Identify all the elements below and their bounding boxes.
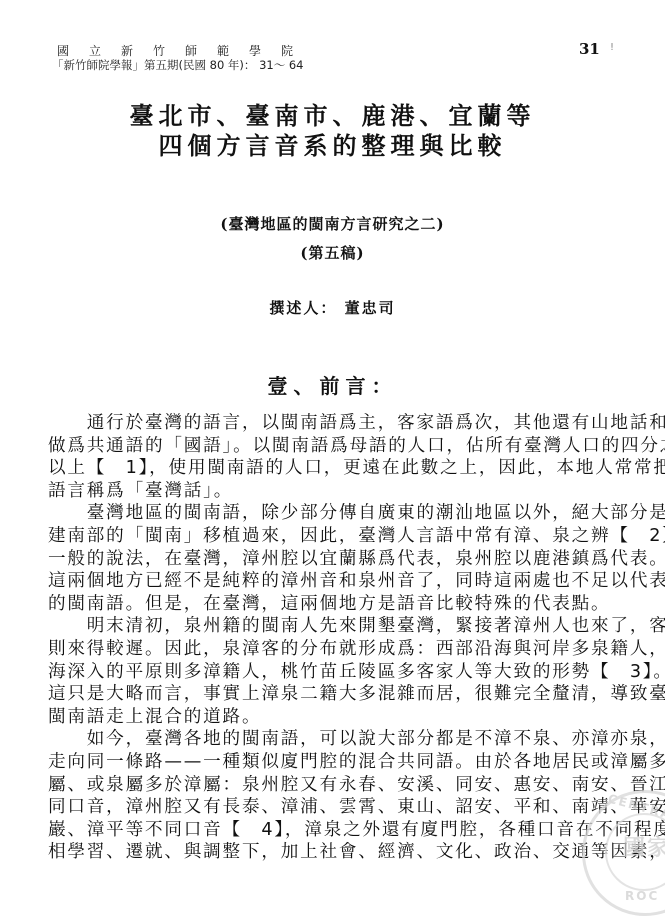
body-line: 通行於臺灣的語言，以閩南語爲主，客家語爲次，其他還有山地話和目前 xyxy=(48,412,608,435)
body-line: 以上【 1】，使用閩南語的人口，更遠在此數之上，因此，本地人常常把這種 xyxy=(48,457,608,480)
body-line: 一般的說法，在臺灣，漳州腔以宜蘭縣爲代表，泉州腔以鹿港鎮爲代表。但是 xyxy=(48,548,608,571)
body-line: 這只是大略而言，事實上漳泉二籍大多混雜而居，很難完全釐清，導致臺灣的 xyxy=(48,683,608,706)
body-line: 建南部的「閩南」移植過來，因此，臺灣人言語中常有漳、泉之辨【 2】。依 xyxy=(48,525,608,548)
stamp-bottom-text: ROC xyxy=(625,889,659,903)
section-heading: 壹、前言： xyxy=(0,370,665,399)
body-line: 語言稱爲「臺灣話」。 xyxy=(48,480,608,503)
body-line: 相學習、遷就、與調整下，加上社會、經濟、文化、政治、交通等因素，各地 xyxy=(48,841,608,864)
body-line: 的閩南語。但是，在臺灣，這兩個地方是語音比較特殊的代表點。 xyxy=(48,593,608,616)
body-line: 如今，臺灣各地的閩南語，可以說大部分都是不漳不泉、亦漳亦泉，逐漸 xyxy=(48,728,608,751)
body-text: 通行於臺灣的語言，以閩南語爲主，客家語爲次，其他還有山地話和目前做爲共通語的「國… xyxy=(48,412,608,864)
series-subtitle: (臺灣地區的閩南方言研究之二) xyxy=(0,213,665,234)
body-line: 臺灣地區的閩南語，除少部分傳自廣東的潮汕地區以外，絕大部分是從福 xyxy=(48,502,608,525)
page-mark: ! xyxy=(610,42,614,53)
paper-title-line-2: 四個方言音系的整理與比較 xyxy=(0,126,665,161)
draft-subtitle: (第五稿) xyxy=(0,242,665,263)
body-line: 同口音，漳州腔又有長泰、漳浦、雲霄、東山、詔安、平和、南靖、華安、龍 xyxy=(48,796,608,819)
body-line: 海深入的平原則多漳籍人，桃竹苗丘陵區多客家人等大致的形勢【 3】。然而， xyxy=(48,661,608,684)
body-line: 閩南語走上混合的道路。 xyxy=(48,706,608,729)
body-line: 做爲共通語的「國語」。以閩南語爲母語的人口，佔所有臺灣人口的四分之三 xyxy=(48,435,608,458)
author-line: 撰述人： 董忠司 xyxy=(0,297,665,318)
stamp-center-chars: 國家 xyxy=(623,831,665,862)
body-line: 則來得較遲。因此，泉漳客的分布就形成爲：西部沿海與河岸多泉籍人，由沿 xyxy=(48,638,608,661)
body-line: 屬、或泉屬多於漳屬：泉州腔又有永春、安溪、同安、惠安、南安、晉江等不 xyxy=(48,774,608,797)
body-line: 走向同一條路——一種類似廈門腔的混合共同語。由於各地居民或漳屬多於泉 xyxy=(48,751,608,774)
body-line: 巖、漳平等不同口音【 4】，漳泉之外還有廈門腔，各種口音在不同程度的互 xyxy=(48,819,608,842)
body-line: 明末清初，泉州籍的閩南人先來開墾臺灣，緊接著漳州人也來了，客家人 xyxy=(48,615,608,638)
page-number: 31 xyxy=(579,40,600,58)
journal-citation: 「新竹師院學報」第五期(民國 80 年)： 31～ 64 xyxy=(52,57,304,73)
body-line: 這兩個地方已經不是純粹的漳州音和泉州音了，同時這兩處也不足以代表臺灣 xyxy=(48,570,608,593)
